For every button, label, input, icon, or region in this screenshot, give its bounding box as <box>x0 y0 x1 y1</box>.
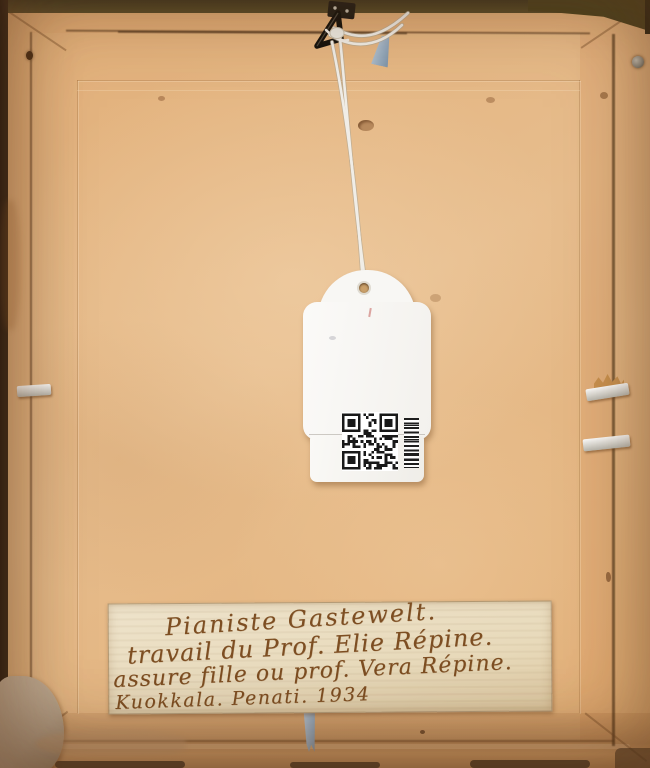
bottom-edge-blotch <box>290 762 380 768</box>
bottom-edge-blotch <box>55 761 185 768</box>
string <box>326 13 408 287</box>
nail-head-icon <box>632 56 644 68</box>
barcode-icon <box>404 418 419 468</box>
nail-hole <box>26 51 33 60</box>
panel-line-right <box>579 80 580 713</box>
hanger-and-string <box>250 0 450 300</box>
tag-smudge <box>329 336 336 340</box>
frame-edge-right <box>645 0 650 34</box>
stain <box>486 97 495 103</box>
stain <box>420 730 425 734</box>
tag-hole <box>359 283 369 293</box>
water-stain <box>0 200 20 330</box>
handwritten-label: Pianiste Gastewelt. travail du Prof. Eli… <box>108 600 553 714</box>
bottom-edge-blotch <box>470 760 590 768</box>
bottom-edge-blotch <box>615 748 650 768</box>
qr-code-icon <box>342 412 398 471</box>
stain <box>158 96 165 101</box>
corner-damage-smear <box>36 730 186 756</box>
framed-painting-back-photo: Pianiste Gastewelt. travail du Prof. Eli… <box>0 0 650 768</box>
stain <box>600 92 608 99</box>
stain <box>606 572 611 582</box>
panel-line-left <box>77 80 78 713</box>
string-knot <box>330 28 344 39</box>
hanging-tag <box>303 270 431 482</box>
frame-edge-left <box>0 0 8 768</box>
metal-clip-icon <box>17 384 52 397</box>
